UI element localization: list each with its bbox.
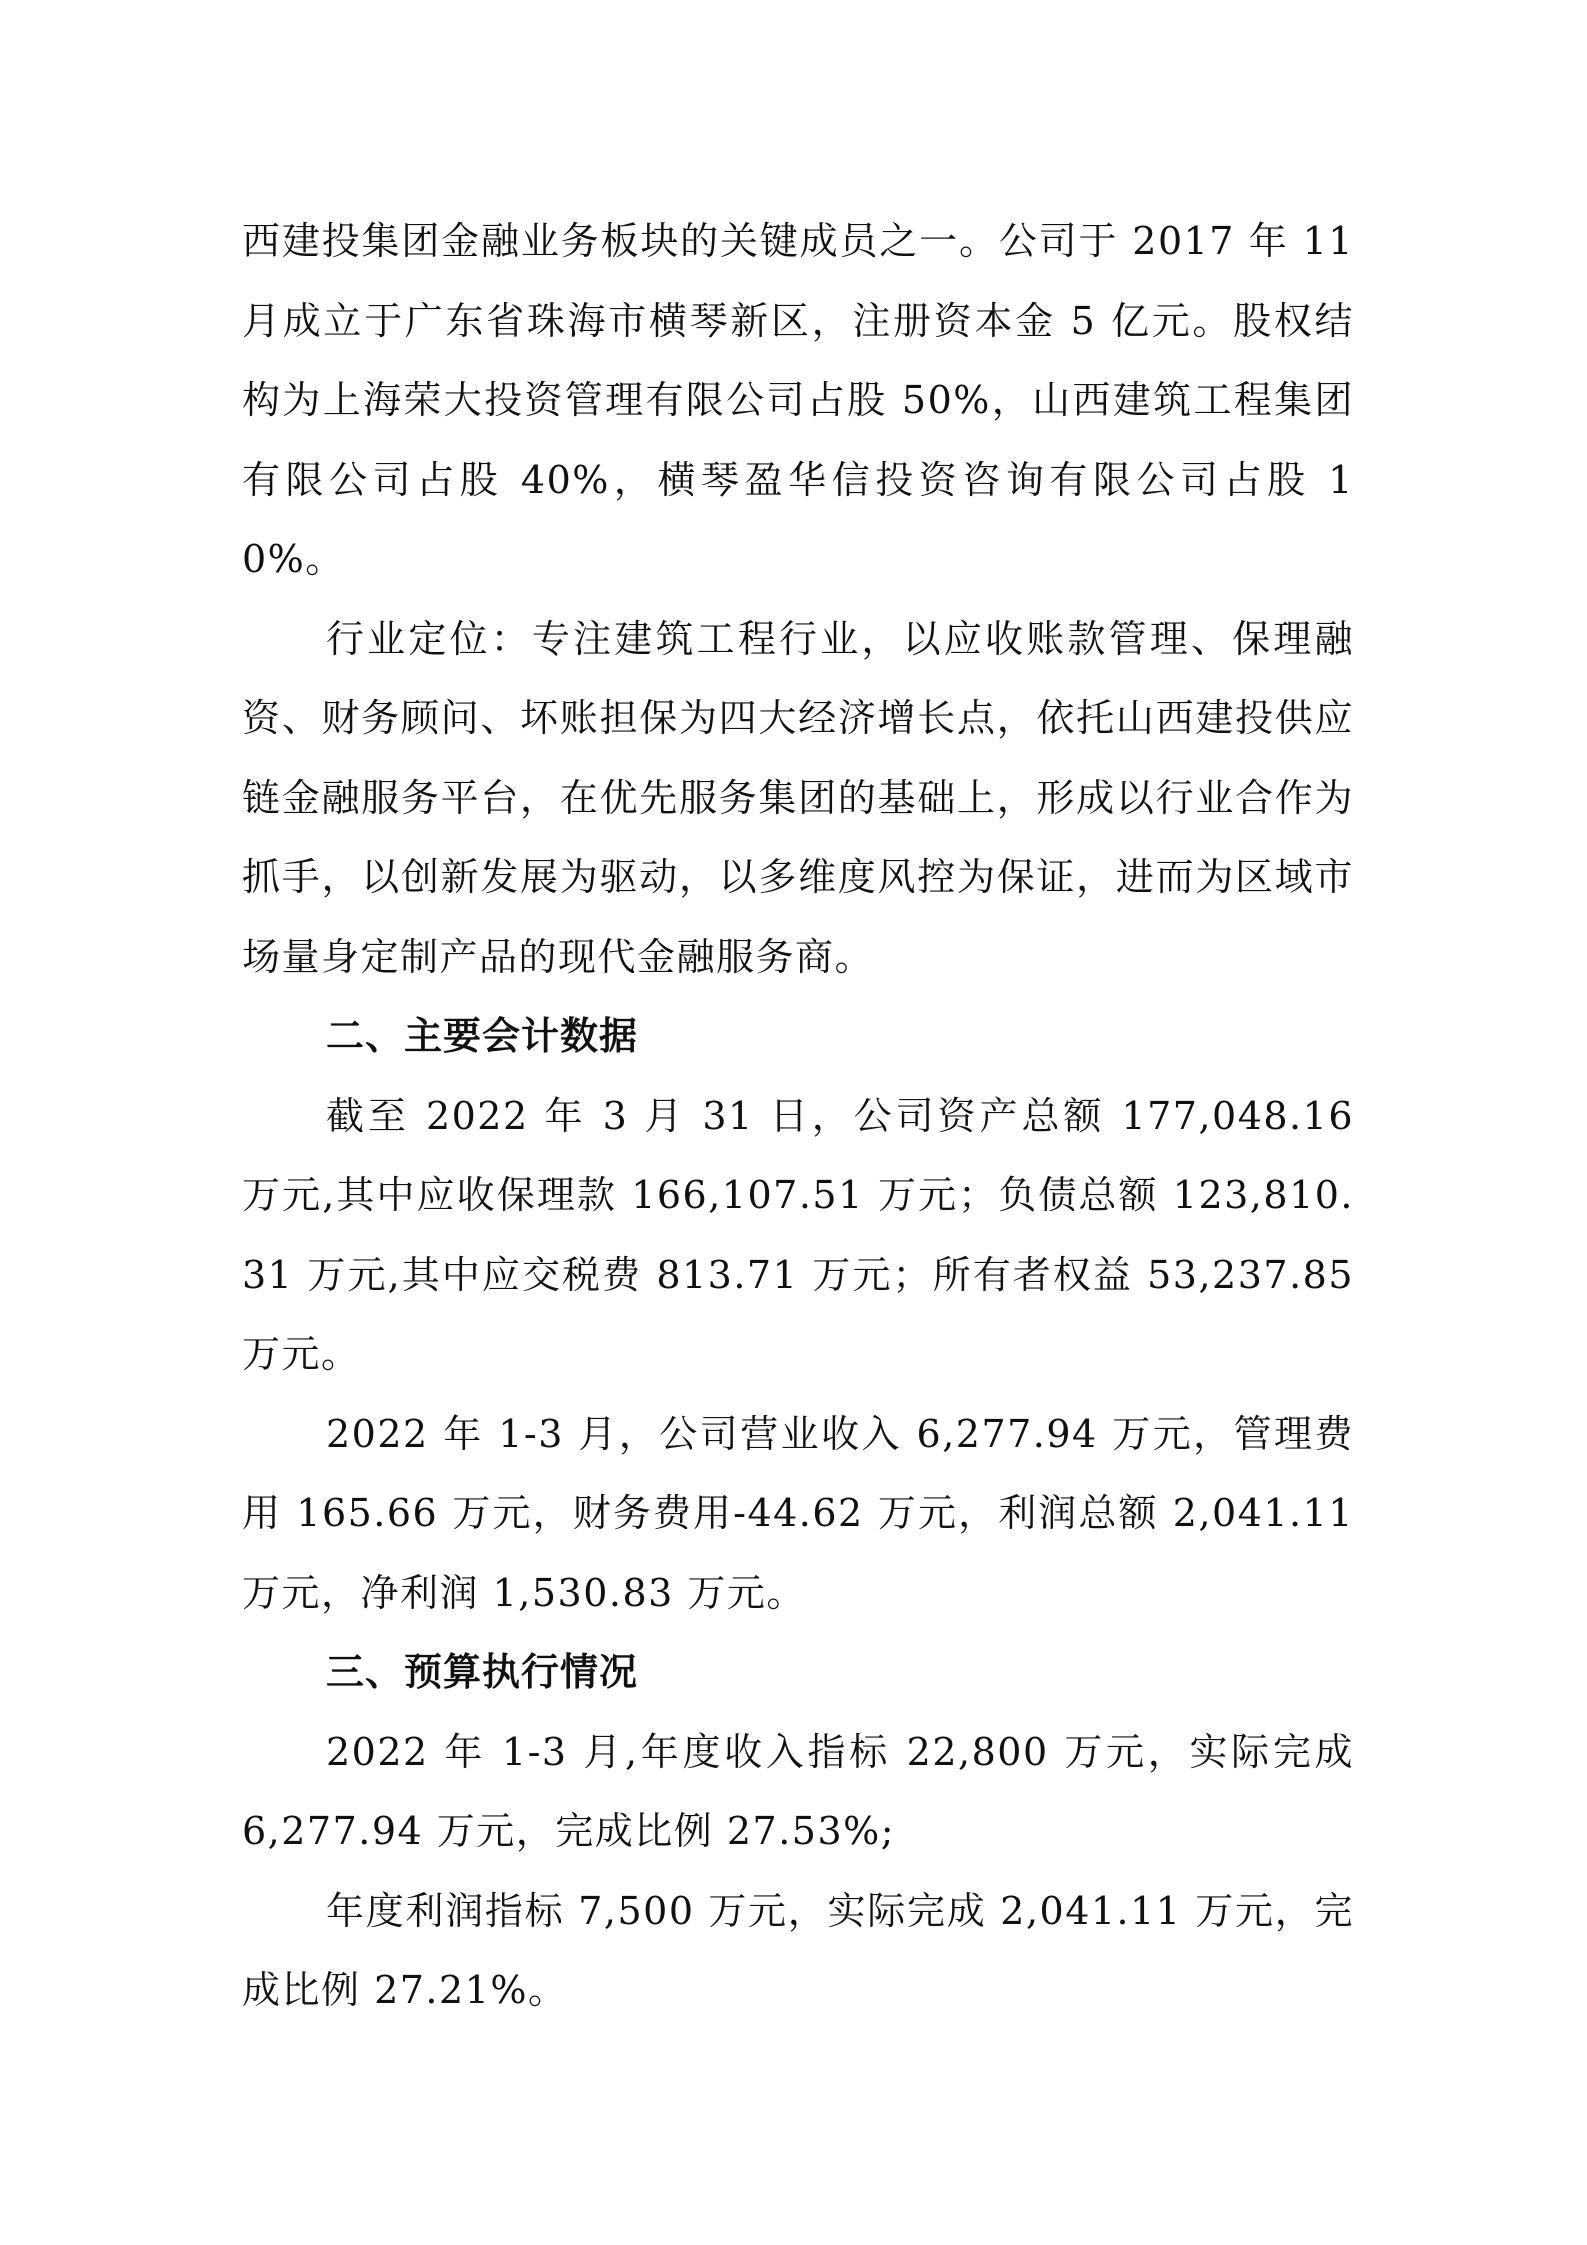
- paragraph-company-intro: 西建投集团金融业务板块的关键成员之一。公司于 2017 年 11 月成立于广东省…: [242, 202, 1354, 600]
- document-page: 西建投集团金融业务板块的关键成员之一。公司于 2017 年 11 月成立于广东省…: [242, 202, 1354, 2031]
- paragraph-profit-target: 年度利润指标 7,500 万元，实际完成 2,041.11 万元，完成比例 27…: [242, 1872, 1354, 2031]
- section-heading-budget-execution: 三、预算执行情况: [242, 1633, 1354, 1713]
- paragraph-income-statement: 2022 年 1-3 月，公司营业收入 6,277.94 万元，管理费用 165…: [242, 1395, 1354, 1634]
- paragraph-balance-sheet: 截至 2022 年 3 月 31 日，公司资产总额 177,048.16 万元,…: [242, 1077, 1354, 1395]
- paragraph-industry-positioning: 行业定位：专注建筑工程行业，以应收账款管理、保理融资、财务顾问、坏账担保为四大经…: [242, 600, 1354, 998]
- section-heading-accounting-data: 二、主要会计数据: [242, 997, 1354, 1077]
- paragraph-revenue-target: 2022 年 1-3 月,年度收入指标 22,800 万元，实际完成 6,277…: [242, 1713, 1354, 1872]
